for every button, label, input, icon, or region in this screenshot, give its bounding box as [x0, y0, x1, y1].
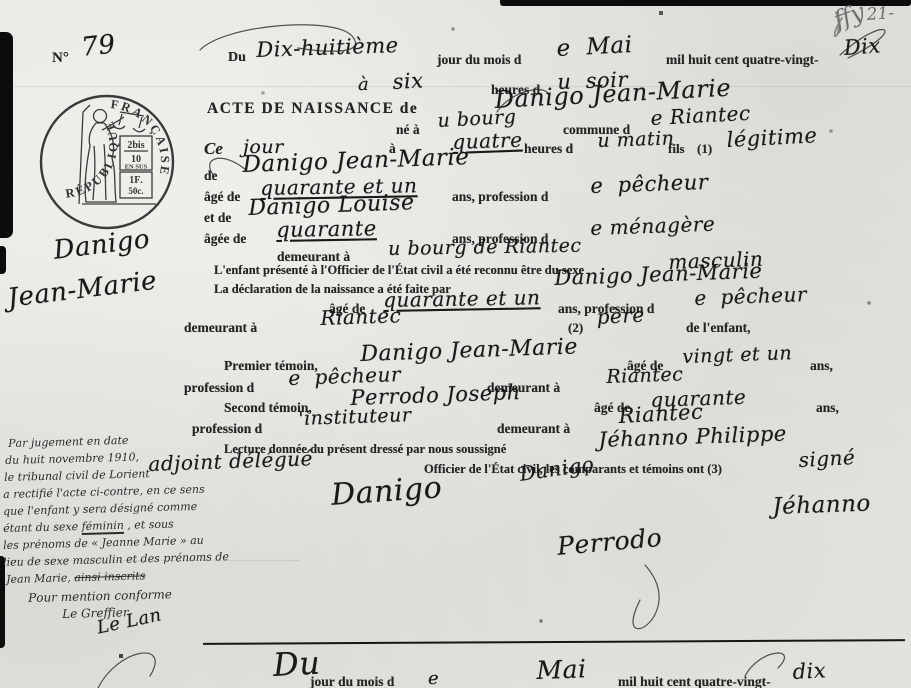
margin-note-line2: du huit novembre 1910,: [5, 450, 139, 467]
mother-prof-written: e ménagère: [590, 212, 716, 240]
svg-text:RÉPUBLIQUE: RÉPUBLIQUE: [64, 117, 120, 200]
year-written: Dix: [843, 33, 881, 60]
stamp-value-10: 10: [131, 154, 141, 165]
margin-note-line9-pre: Jean Marie,: [6, 571, 74, 586]
witness2-ans-label: ans,: [816, 400, 839, 416]
residence-written: u bourg de Riantec: [388, 235, 582, 260]
corner-page-number: 21-: [866, 3, 895, 25]
fiscal-stamp: RÉPUBLIQUE FRANÇAISE 2bis 10 EN SU: [36, 86, 178, 238]
sex-sentence: L'enfant présenté à l'Officier de l'État…: [214, 263, 584, 278]
month-written: e Mai: [556, 32, 633, 62]
margin-note-line7: les prénoms de « Jeanne Marie » au: [3, 534, 204, 552]
margin-note-line4: a rectifié l'acte ci-contre, en ce sens: [3, 483, 205, 501]
signature-perrodo: Perrodo: [556, 523, 663, 561]
of-child-label: de l'enfant,: [686, 320, 751, 336]
next-act-month-label: jour du mois d: [310, 674, 394, 688]
stamp-text-republique: RÉPUBLIQUE: [64, 117, 120, 200]
signe-written: signé: [798, 445, 856, 472]
declarant-res-written: Riantec: [320, 303, 402, 330]
et-de-label: et de: [204, 210, 231, 226]
margin-note-crossed-out: ainsi inscrits: [74, 569, 145, 584]
margin-note-line9: Jean Marie, ainsi inscrits: [6, 569, 146, 586]
margin-name-given: Jean-Marie: [6, 266, 159, 314]
day-written: Dix-huitième: [256, 33, 399, 62]
footnote-1: (1): [697, 141, 712, 157]
ce-label: Ce: [204, 139, 223, 159]
declarant-res-label: demeurant à: [184, 320, 257, 336]
at-written: à: [358, 74, 369, 95]
scan-edge-left-2: [0, 246, 6, 274]
birth-period-written: u matin: [597, 127, 675, 152]
stamp-price-1f: 1F.: [129, 175, 143, 186]
mother-age-label: âgée de: [204, 231, 246, 247]
act-number-value: 79: [80, 29, 117, 62]
next-act-year-label: mil huit cent quatre-vingt-: [618, 674, 771, 688]
stamp-value-ensus: EN SUS: [125, 164, 148, 171]
margin-note-feminin: féminin: [81, 519, 124, 533]
stamp-border: [41, 96, 173, 228]
ne-a-label: né à: [396, 122, 420, 138]
act-number-label: N°: [52, 50, 69, 67]
svg-text:FRANÇAISE: FRANÇAISE: [110, 97, 172, 178]
du-label: Du: [228, 50, 246, 66]
mother-age-written: quarante: [276, 216, 377, 242]
signature-jehanno: Jéhanno: [772, 491, 871, 520]
witness2-res-written: Riantec: [618, 400, 704, 428]
hour-written: six: [392, 68, 424, 94]
witness1-ans-label: ans,: [810, 358, 833, 374]
next-act-e-written: e: [428, 668, 439, 688]
witness2-prof-written: 'instituteur: [298, 404, 412, 430]
de-label: de: [204, 168, 218, 184]
birth-certificate-scan: RÉPUBLIQUE FRANÇAISE 2bis 10 EN SU: [0, 0, 911, 688]
act-title: ACTE DE NAISSANCE de: [207, 100, 418, 118]
paper-crease: [0, 86, 911, 87]
birth-heures-label: heures d: [524, 141, 573, 157]
father-prof-label: ans, profession d: [452, 189, 548, 205]
witness1-res-written: Riantec: [606, 363, 684, 388]
witness1-age-written: vingt et un: [682, 342, 792, 368]
next-act-month-written: Mai: [536, 654, 587, 685]
commune-written: e Riantec: [650, 101, 751, 130]
witness2-prof-label: profession d: [192, 421, 262, 437]
officer-title-written: adjoint délégué: [148, 446, 313, 476]
scan-edge-left-1: [0, 32, 13, 238]
witness1-prof-label: profession d: [184, 380, 254, 396]
witness2-res-label: demeurant à: [497, 421, 570, 437]
margin-note-line6-pre: étant du sexe: [3, 520, 82, 535]
margin-note-line5: que l'enfant y sera désigné comme: [3, 500, 197, 518]
scan-specks: [0, 0, 2, 2]
father-prof-written: e pêcheur: [590, 170, 709, 198]
stamp-text-francaise: FRANÇAISE: [110, 97, 172, 178]
declarant-prof-written: e pêcheur: [694, 282, 807, 310]
officer-name: Jéhanno Philippe: [598, 421, 787, 452]
father-age-label: âgé de: [204, 189, 240, 205]
signature-danigo-witness: Danigo: [518, 452, 596, 486]
margin-note-line8: lieu de sexe masculin et des prénoms de: [3, 550, 229, 569]
signature-danigo-father: Danigo: [330, 470, 443, 513]
margin-name-surname: Danigo: [52, 224, 152, 266]
fils-label: fils: [668, 141, 685, 157]
declarant-age-written: quarante et un: [383, 285, 541, 312]
year-label: mil huit cent quatre-vingt-: [666, 52, 819, 68]
margin-note-line10: Pour mention conforme: [28, 587, 172, 605]
next-act-year-written: dix: [792, 658, 827, 684]
margin-note-line1: Par jugement en date: [8, 434, 129, 450]
relation-written: père: [596, 302, 645, 328]
margin-note-line3: le tribunal civil de Lorient: [4, 467, 150, 484]
filiation-written: légitime: [726, 123, 818, 152]
stamp-price-50c: 50c.: [128, 186, 143, 196]
scan-edge-left-3: [0, 556, 5, 648]
month-label: jour du mois d: [437, 52, 521, 68]
margin-note-line6: étant du sexe féminin , et sous: [3, 518, 174, 535]
justice-figure-icon: [79, 105, 156, 204]
margin-note-line6-post: , et sous: [124, 518, 174, 532]
stamp-value-2bis: 2bis: [127, 140, 144, 151]
